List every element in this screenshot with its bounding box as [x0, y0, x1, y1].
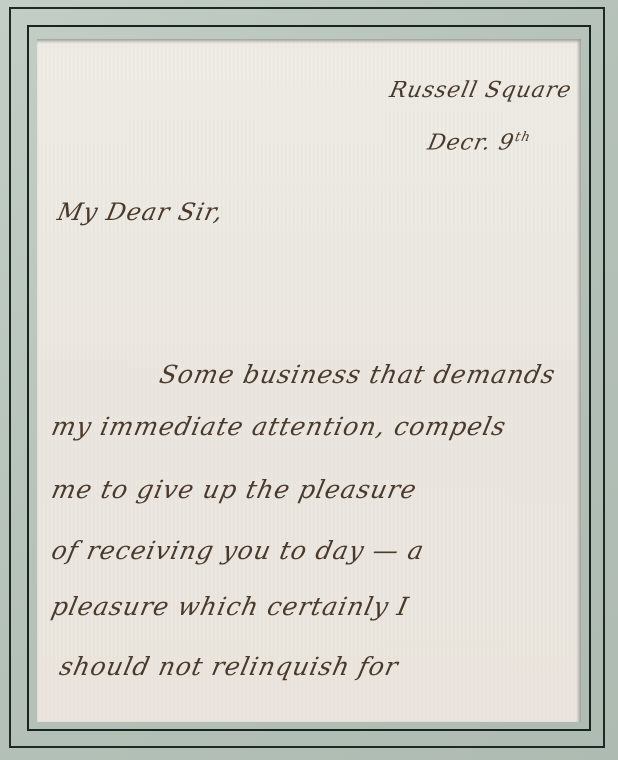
letter-address: Russell Square: [387, 78, 574, 103]
letter-body-line: of receiving you to day — a: [49, 536, 427, 565]
letter-date-text: Decr. 9: [425, 130, 516, 155]
letter-body-line: me to give up the pleasure: [49, 475, 420, 504]
letter-salutation: My Dear Sir,: [55, 198, 226, 226]
letter-date: Decr. 9th: [425, 130, 532, 155]
letter-body-line: Some business that demands: [157, 360, 559, 389]
letter-date-suffix: th: [514, 130, 533, 145]
letter-body-line: should not relinquish for: [57, 652, 401, 681]
letter-body-line: pleasure which certainly I: [49, 592, 412, 621]
letter-body-line: my immediate attention, compels: [49, 412, 509, 441]
